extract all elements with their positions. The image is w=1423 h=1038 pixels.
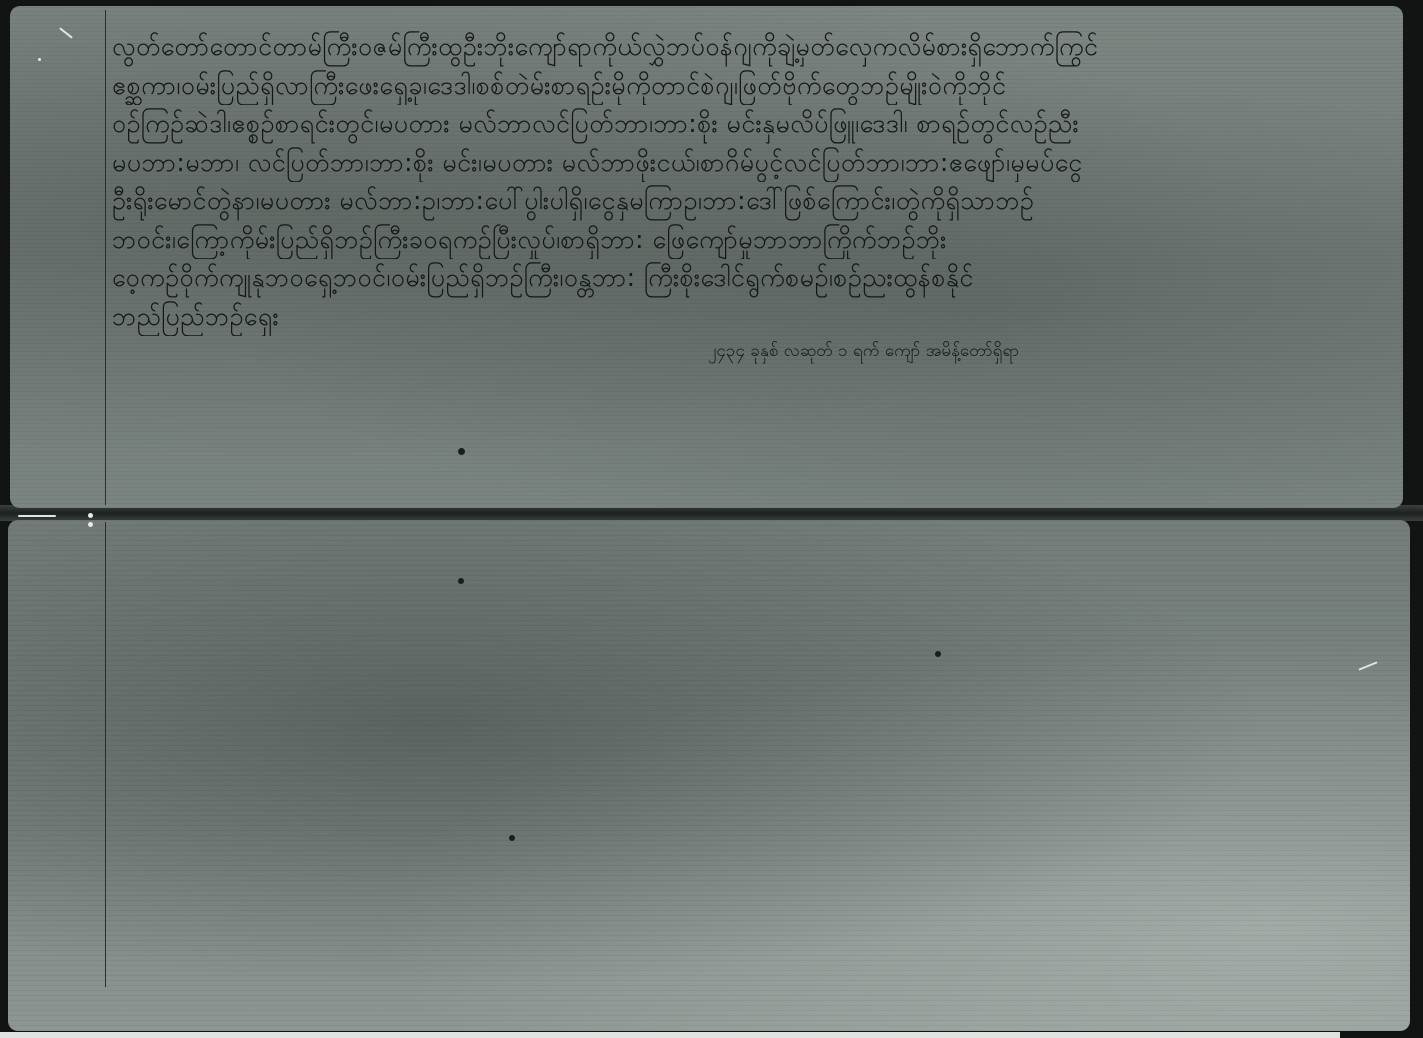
signature-line: ၂၄၃၄ ခုနှစ် လဆုတ် ၁ ရက် ကျော် အမိန့်တော်… <box>708 340 1108 365</box>
dust-speck <box>88 513 93 518</box>
dust-speck <box>88 522 93 527</box>
text-line: မပဘာ:မဘာ၊ လင်ပြတ်ဘာ၊ဘာ:စိုး မင်း၊မပတား မ… <box>112 144 1402 183</box>
text-line: ဝဉ်ကြဉ်ဆဲဒါ၊ဧစ္စဉ်စာရင်းတွင်၊မပတား မလ်ဘာ… <box>112 105 1402 144</box>
ink-spot <box>509 835 515 841</box>
margin-rule-upper <box>105 10 106 505</box>
text-line: ဝေ့ကဉ်ဝိုက်ကျုနုဘဝရှေ့ဘဝင်၊ဝမ်းပြည်ရှိဘဉ… <box>112 259 1402 298</box>
ink-spot <box>935 651 941 657</box>
text-line: ဧစ္ဆကာ၊ဝမ်းပြည်ရှိလာကြီးဖေးရှေ့ခု၊ဒေဒါ၊စ… <box>112 67 1402 106</box>
margin-rule-lower <box>105 522 106 987</box>
text-line: ဘည်ပြည်ဘဉ်ရှေး <box>112 298 1402 337</box>
text-line: ဘဝင်း၊ကြော့ကိုမ်းပြည်ရှိဘဉ်ကြီးခဝရကဉ်ပြီ… <box>112 221 1402 260</box>
ink-spot <box>458 578 464 584</box>
dust-speck <box>38 58 41 61</box>
lower-manuscript-leaf <box>8 520 1410 1031</box>
manuscript-text: လွတ်တော်တောင်တာမ်ကြီးဝဇမ်ကြီးထွဦးဘိုးကျေ… <box>112 28 1402 336</box>
text-line: ဦးရိုးမောင်တွဲနာ၊မပတား မလ်ဘာ:ဥ၊ဘာ:ပေါ်ပွ… <box>112 182 1402 221</box>
bottom-edge-highlight <box>0 1032 1340 1038</box>
ink-spot <box>458 448 465 455</box>
scratch-mark <box>18 515 56 517</box>
text-line: လွတ်တော်တောင်တာမ်ကြီးဝဇမ်ကြီးထွဦးဘိုးကျေ… <box>112 28 1402 67</box>
